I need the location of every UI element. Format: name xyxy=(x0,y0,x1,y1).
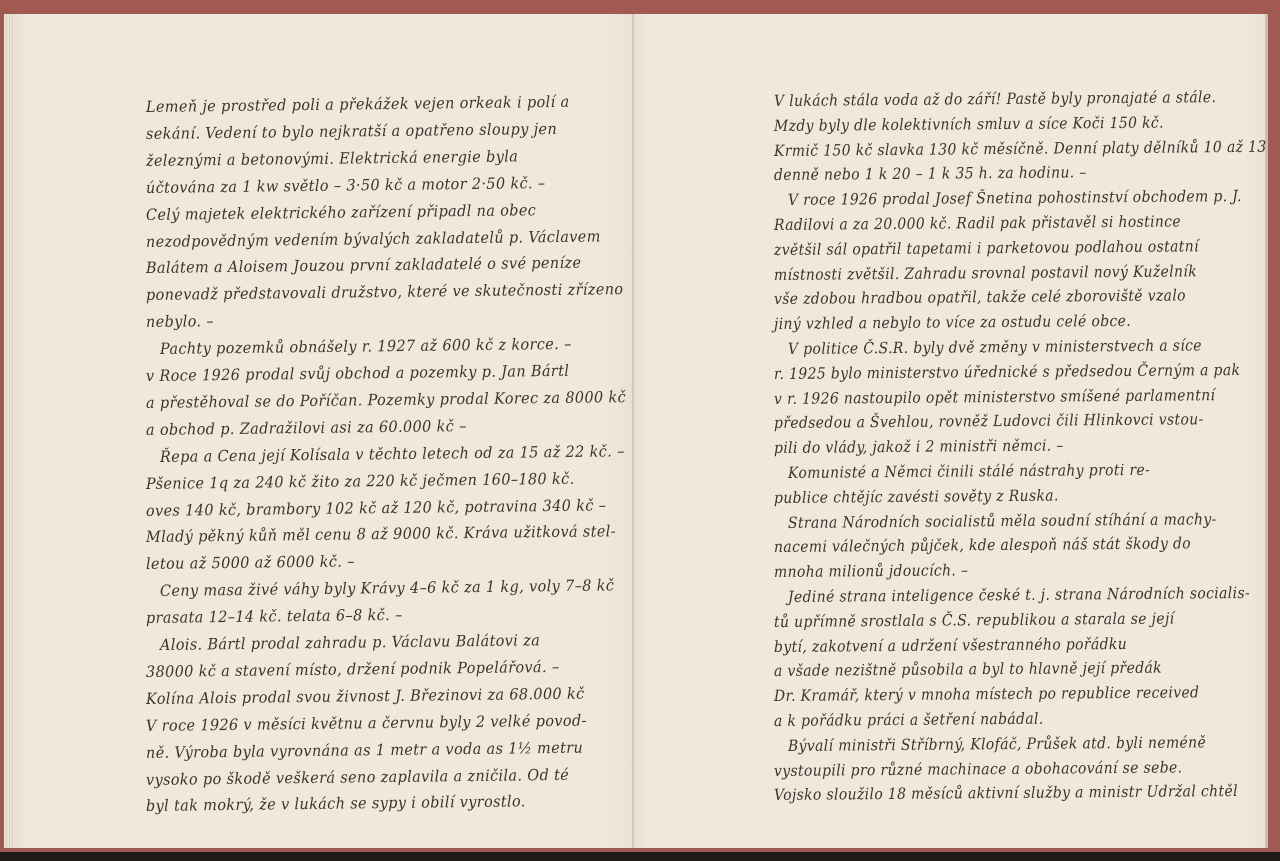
handwritten-line: V lukách stála voda až do září! Pastě by… xyxy=(774,88,1216,110)
handwritten-line: Mladý pěkný kůň měl cenu 8 až 9000 kč. K… xyxy=(146,523,616,547)
handwritten-line: a všade nezištně působila a byl to hlavn… xyxy=(774,659,1162,680)
handwritten-line: zvětšil sál opatřil tapetami i parketovo… xyxy=(774,237,1199,259)
handwritten-line: Pachty pozemků obnášely r. 1927 až 600 k… xyxy=(160,335,572,358)
handwritten-line: Radilovi a za 20.000 kč. Radil pak přist… xyxy=(774,212,1181,234)
handwritten-line: Bývalí ministři Stříbrný, Klofáč, Průšek… xyxy=(788,733,1206,755)
handwritten-line: Komunisté a Němci činili stálé nástrahy … xyxy=(788,461,1150,482)
handwritten-line: sekání. Vedení to bylo nejkratší a opatř… xyxy=(146,120,557,143)
handwritten-line: denně nebo 1 k 20 – 1 k 35 h. za hodinu.… xyxy=(774,164,1087,185)
scan-shadow xyxy=(0,852,1280,861)
handwritten-line: Jediné strana inteligence české t. j. st… xyxy=(788,584,1250,606)
right-page: V lukách stála voda až do září! Pastě by… xyxy=(634,14,1268,848)
handwritten-line: 38000 kč a stavení místo, držení podnik … xyxy=(146,658,560,681)
handwritten-line: pili do vlády, jakož i 2 ministři němci.… xyxy=(774,437,1064,458)
handwritten-line: nacemi válečných půjček, kde alespoň náš… xyxy=(774,535,1191,557)
handwritten-line: V politice Č.S.R. byly dvě změny v minis… xyxy=(788,336,1202,358)
handwritten-line: byl tak mokrý, že v lukách se sypy i obi… xyxy=(146,793,526,816)
handwritten-line: V roce 1926 prodal Josef Šnetina pohosti… xyxy=(788,187,1242,209)
handwritten-line: a k pořádku práci a šetření nabádal. xyxy=(774,710,1044,730)
handwritten-line: vysoko po škodě veškerá seno zaplavila a… xyxy=(146,765,569,788)
handwritten-line: Balátem a Aloisem Jouzou první zakladate… xyxy=(146,254,582,277)
handwritten-line: nebylo. – xyxy=(146,312,214,331)
handwritten-line: prasata 12–14 kč. telata 6–8 kč. – xyxy=(146,606,403,627)
handwritten-line: Lemeň je prostřed poli a překážek vejen … xyxy=(146,93,570,116)
handwritten-line: oves 140 kč, brambory 102 kč až 120 kč, … xyxy=(146,496,606,520)
left-page: Lemeň je prostřed poli a překážek vejen … xyxy=(14,14,634,848)
handwritten-line: Dr. Kramář, který v mnoha místech po rep… xyxy=(774,683,1199,705)
handwritten-line: účtována za 1 kw světlo – 3·50 kč a moto… xyxy=(146,174,546,197)
handwritten-line: letou až 5000 až 6000 kč. – xyxy=(146,553,355,574)
handwritten-line: v Roce 1926 prodal svůj obchod a pozemky… xyxy=(146,362,570,385)
right-page-text: V lukách stála voda až do září! Pastě by… xyxy=(634,14,1268,848)
handwritten-line: železnými a betonovými. Elektrická energ… xyxy=(146,147,518,170)
handwritten-line: nezodpovědným vedením bývalých zakladate… xyxy=(146,227,601,251)
handwritten-line: Celý majetek elektrického zařízení připa… xyxy=(146,201,536,224)
handwritten-line: místnosti zvětšil. Zahradu srovnal posta… xyxy=(774,262,1197,284)
handwritten-line: r. 1925 bylo ministerstvo úřednické s př… xyxy=(774,361,1240,383)
handwritten-line: jiný vzhled a nebylo to více za ostudu c… xyxy=(774,312,1131,333)
handwritten-line: Řepa a Cena její Kolísala v těchto letec… xyxy=(160,442,625,466)
handwritten-line: Alois. Bártl prodal zahradu p. Václavu B… xyxy=(160,631,540,654)
handwritten-line: ponevadž představovali družstvo, které v… xyxy=(146,280,624,304)
handwritten-line: Strana Národních socialistů měla soudní … xyxy=(788,510,1217,532)
handwritten-line: v r. 1926 nastoupilo opět ministerstvo s… xyxy=(774,386,1215,408)
handwritten-line: ně. Výroba byla vyrovnána as 1 metr a vo… xyxy=(146,738,583,761)
handwritten-line: Mzdy byly dle kolektivních smluv a síce … xyxy=(774,113,1164,134)
page-edge-stack xyxy=(4,14,14,848)
handwritten-line: V roce 1926 v měsíci květnu a červnu byl… xyxy=(146,711,587,734)
handwritten-line: Kolína Alois prodal svou živnost J. Břez… xyxy=(146,684,585,707)
handwritten-line: vystoupili pro různé machinace a obohaco… xyxy=(774,758,1183,780)
handwritten-line: publice chtějíc zavésti sověty z Ruska. xyxy=(774,486,1059,506)
handwritten-line: Ceny masa živé váhy byly Krávy 4–6 kč za… xyxy=(160,577,614,601)
handwritten-line: tů upřímně srostlala s Č.S. republikou a… xyxy=(774,609,1175,630)
handwritten-line: vše zdobou hradbou opatřil, takže celé z… xyxy=(774,287,1186,309)
handwritten-line: a přestěhoval se do Poříčan. Pozemky pro… xyxy=(146,388,626,412)
handwritten-line: bytí, zakotvení a udržení všestranného p… xyxy=(774,635,1127,656)
handwritten-line: a obchod p. Zadražilovi asi za 60.000 kč… xyxy=(146,417,467,439)
handwritten-line: Vojsko sloužilo 18 měsíců aktivní služby… xyxy=(774,782,1238,804)
handwritten-line: předsedou a Švehlou, rovněž Ludovci čili… xyxy=(774,411,1204,433)
left-page-text: Lemeň je prostřed poli a překážek vejen … xyxy=(14,14,634,848)
handwritten-line: Krmič 150 kč slavka 130 kč měsíčně. Denn… xyxy=(774,137,1267,159)
handwritten-line: Pšenice 1q za 240 kč žito za 220 kč ječm… xyxy=(146,469,575,492)
handwritten-line: mnoha milionů jdoucích. – xyxy=(774,561,968,581)
